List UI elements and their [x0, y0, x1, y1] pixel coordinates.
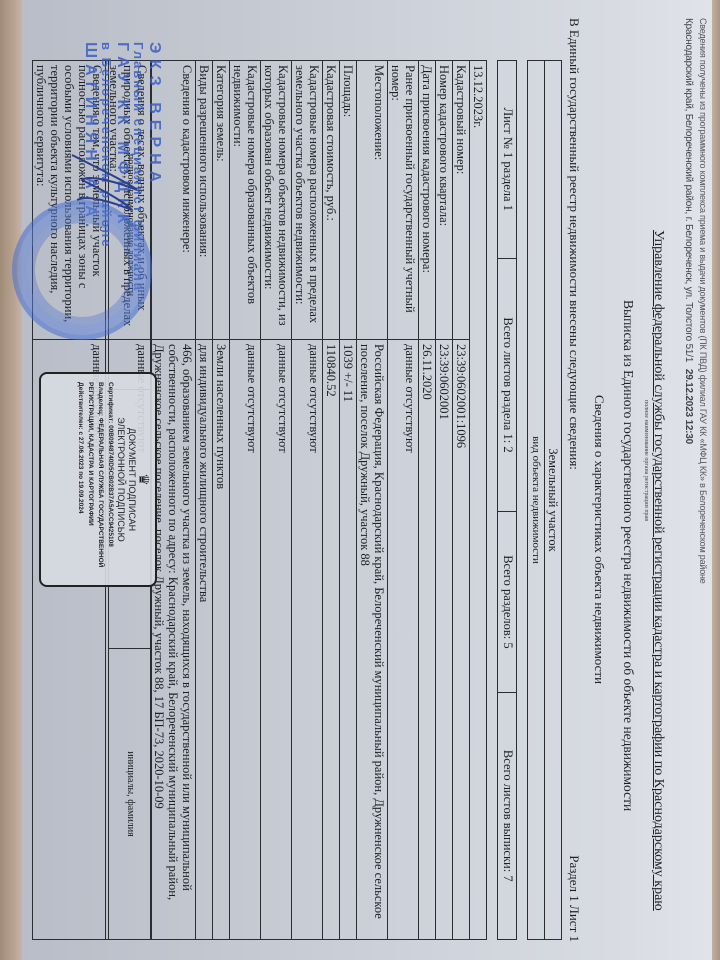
row-label: Виды разрешенного использования: — [196, 61, 213, 340]
row-label: Кадастровые номера объектов недвижимости… — [261, 61, 292, 340]
object-type-caption: вид объекта недвижимости — [528, 61, 545, 940]
coat-of-arms-icon: ♛ — [137, 382, 151, 577]
total-sections: Всего разделов: 5 — [498, 512, 517, 692]
table-row: Кадастровые номера объектов недвижимости… — [261, 61, 292, 940]
row-label: Кадастровая стоимость, руб.: — [323, 61, 340, 340]
extract-date: 13.12.2023г. — [470, 61, 487, 940]
mfc-address: Краснодарский край, Белореченский район,… — [683, 18, 694, 362]
e-sign-subtitle: ЭЛЕКТРОННОЙ ПОДПИСЬЮ — [115, 382, 126, 577]
row-label: Местоположение: — [357, 61, 388, 340]
table-row: Местоположение:Российская Федерация, Кра… — [357, 61, 388, 940]
table-row: Кадастровые номера расположенных в преде… — [292, 61, 323, 940]
table-row: Категория земель:Земли населенных пункто… — [213, 61, 230, 940]
table-row: Кадастровые номера образованных объектов… — [230, 61, 261, 940]
row-value: 466, образованием земельного участка из … — [151, 340, 196, 940]
row-label: Кадастровые номера образованных объектов… — [230, 61, 261, 340]
row-value: 26.11.2020 — [419, 340, 436, 940]
row-value: Российская Федерация, Краснодарский край… — [357, 340, 388, 940]
row-label: Площадь: — [340, 61, 357, 340]
mfc-stamp-line: Сведения получены из программного компле… — [698, 18, 708, 948]
table-row: Ранее присвоенный государственный учетны… — [388, 61, 419, 940]
table-row: Кадастровый номер:23:39:0602001:1096 — [453, 61, 470, 940]
handwritten-signature-icon — [62, 150, 142, 220]
row-value: 110840.52 — [323, 340, 340, 940]
row-label: Дата присвоения кадастрового номера: — [419, 61, 436, 340]
e-sign-title: ДОКУМЕНТ ПОДПИСАН — [126, 382, 137, 577]
row-label: Кадастровый номер: — [453, 61, 470, 340]
round-seal-stamp — [12, 200, 152, 340]
table-row: Номер кадастрового квартала:23:39:060200… — [436, 61, 453, 940]
document-title: Выписка из Единого государственного реес… — [620, 300, 636, 811]
sheet-number: Лист № 1 раздела 1 — [498, 61, 517, 259]
row-value: данные отсутствуют — [261, 340, 292, 940]
mfc-print-date: 29.12.2023 12:30 — [683, 369, 694, 444]
electronic-signature-box: ♛ ДОКУМЕНТ ПОДПИСАН ЭЛЕКТРОННОЙ ПОДПИСЬЮ… — [39, 372, 157, 587]
object-type: Земельный участок — [545, 61, 562, 940]
e-sign-validity: Действителен: с 27.06.2023 по 19.09.2024 — [75, 382, 85, 577]
total-sheets-section: Всего листов раздела 1: 2 — [498, 258, 517, 512]
table-row: Дата присвоения кадастрового номера:26.1… — [419, 61, 436, 940]
name-caption: инициалы, фамилия — [109, 649, 152, 940]
table-row: Кадастровая стоимость, руб.:110840.52 — [323, 61, 340, 940]
row-value: 23:39:0602001 — [436, 340, 453, 940]
sheet-info-table: Лист № 1 раздела 1 Всего листов раздела … — [497, 60, 517, 940]
row-label: Кадастровые номера расположенных в преде… — [292, 61, 323, 340]
table-row: Виды разрешенного использования:для инди… — [196, 61, 213, 940]
table-surface-edge — [712, 0, 720, 960]
row-value: Земли населенных пунктов — [213, 340, 230, 940]
total-sheets-extract: Всего листов выписки: 7 — [498, 692, 517, 939]
organization-name: Управление федеральной службы государств… — [650, 230, 666, 911]
row-label: Категория земель: — [213, 61, 230, 340]
object-type-table: Земельный участок вид объекта недвижимос… — [527, 60, 562, 940]
row-value: данные отсутствуют — [292, 340, 323, 940]
row-value: данные отсутствуют — [230, 340, 261, 940]
e-sign-certificate: Сертификат: 00B0948740D5CB02B37A5ACC9425… — [105, 382, 115, 577]
section-number: Раздел 1 Лист 1 — [566, 855, 582, 942]
intro-text: В Единый государственный реестр недвижим… — [566, 18, 582, 470]
e-sign-owner: Владелец: ФЕДЕРАЛЬНАЯ СЛУЖБА ГОСУДАРСТВЕ… — [85, 382, 105, 577]
row-value: данные отсутствуют — [388, 340, 419, 940]
row-label: Номер кадастрового квартала: — [436, 61, 453, 340]
table-row: Площадь:1039 +/- 11 — [340, 61, 357, 940]
row-label: Ранее присвоенный государственный учетны… — [388, 61, 419, 340]
section-title: Сведения о характеристиках объекта недви… — [591, 395, 607, 684]
mfc-address-line: Краснодарский край, Белореченский район,… — [683, 18, 694, 948]
document-page: Сведения получены из программного компле… — [12, 0, 712, 960]
row-value: 23:39:0602001:1096 — [453, 340, 470, 940]
organization-caption: полное наименование органа регистрации п… — [643, 400, 649, 521]
row-value: 1039 +/- 11 — [340, 340, 357, 940]
row-value: для индивидуального жилищного строительс… — [196, 340, 213, 940]
